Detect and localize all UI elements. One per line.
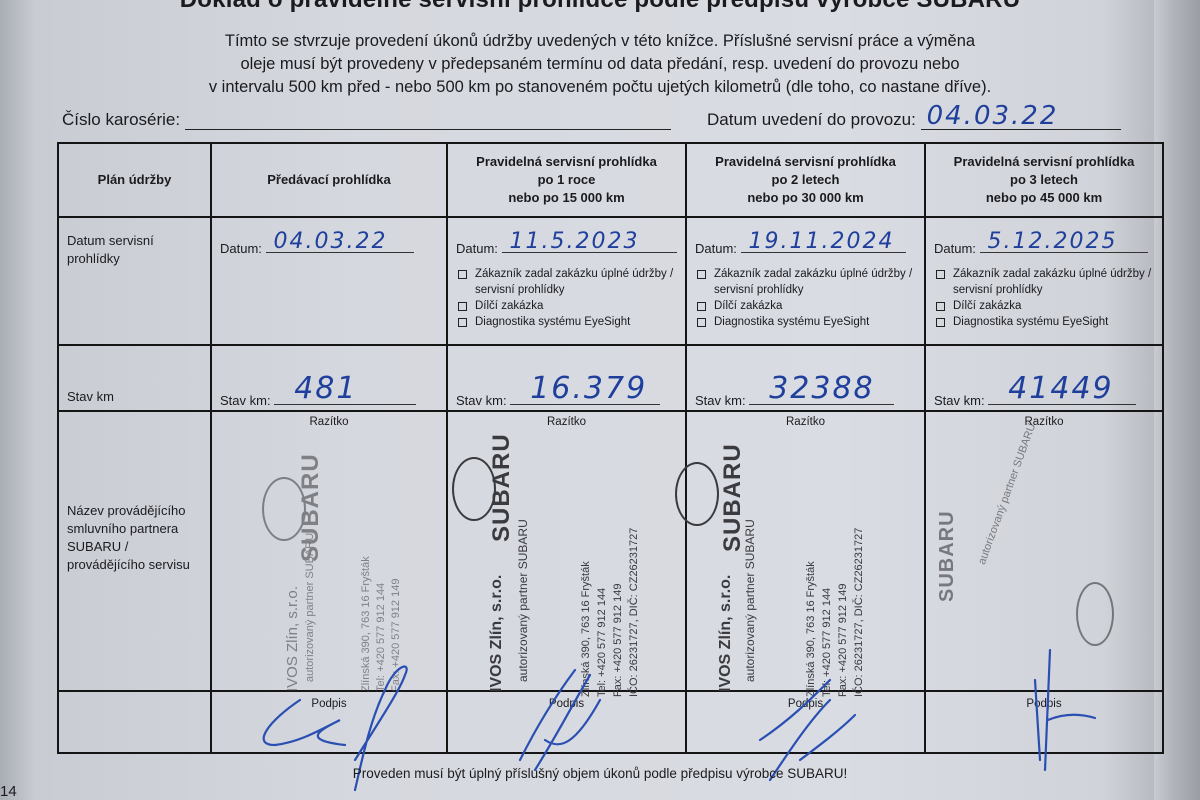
signatures <box>0 0 1200 800</box>
footer-note: Proveden musí být úplný příslušný objem … <box>0 766 1200 781</box>
page-number: 14 <box>0 783 17 800</box>
